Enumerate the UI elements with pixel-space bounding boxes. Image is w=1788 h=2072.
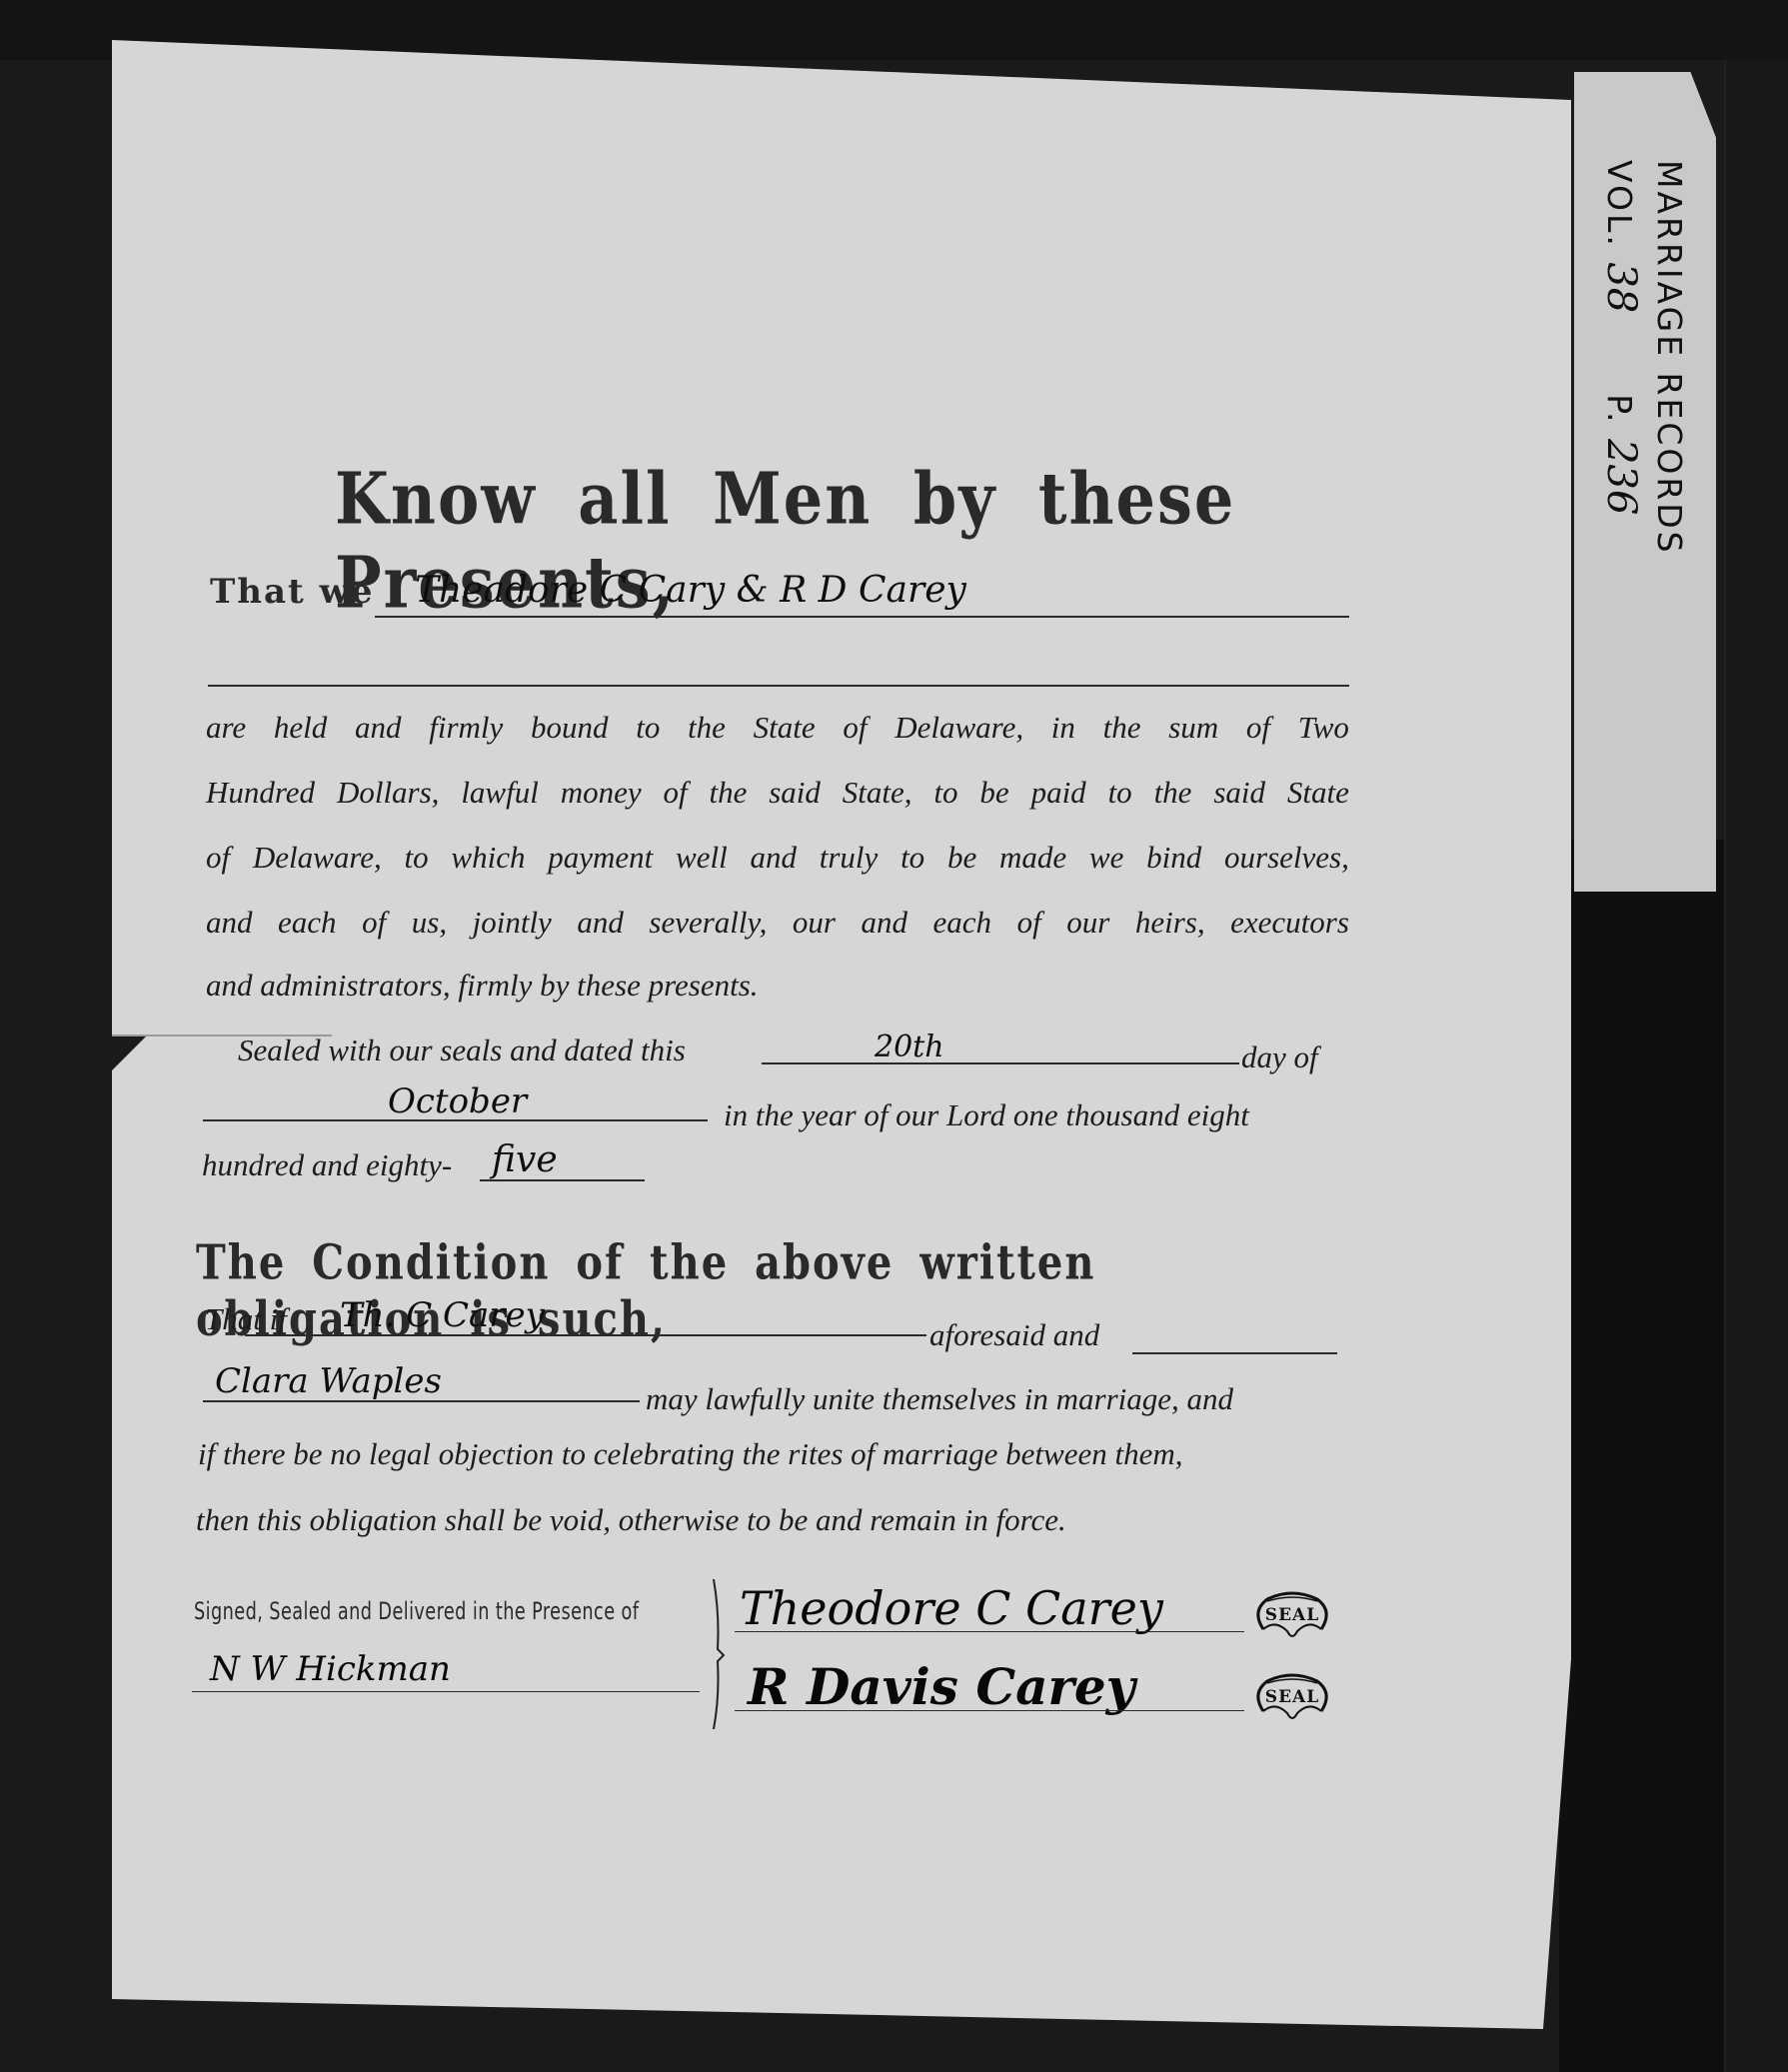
word: truly xyxy=(820,840,879,876)
word: each xyxy=(278,905,337,941)
word: and xyxy=(206,905,253,941)
word: our xyxy=(1066,905,1109,941)
aforesaid-label: aforesaid and xyxy=(929,1317,1099,1353)
word: and xyxy=(577,905,624,941)
word: ourselves, xyxy=(1224,840,1349,876)
word: well xyxy=(676,840,728,876)
bond-line-5: and administrators, firmly by these pres… xyxy=(206,968,759,1004)
word: said xyxy=(769,775,821,811)
sealed-prefix: Sealed with our seals and dated this xyxy=(238,1033,686,1068)
word: of xyxy=(1246,710,1270,746)
word: of xyxy=(1017,905,1041,941)
witness-rule xyxy=(192,1691,700,1692)
word: our xyxy=(793,905,836,941)
word: State xyxy=(754,710,816,746)
word: said xyxy=(1213,775,1265,811)
word: bound xyxy=(531,710,609,746)
word: Delaware, xyxy=(253,840,382,876)
bride-rule-a xyxy=(1132,1352,1337,1354)
word: each xyxy=(933,905,992,941)
word: of xyxy=(843,710,867,746)
seal-label: SEAL xyxy=(1249,1605,1335,1625)
principals-field: Theadore C Cary & R D Carey xyxy=(415,570,966,611)
word: State, xyxy=(843,775,912,811)
word: of xyxy=(362,905,386,941)
seal-label: SEAL xyxy=(1249,1687,1335,1707)
word: Two xyxy=(1298,710,1349,746)
word: held xyxy=(274,710,327,746)
word: be xyxy=(979,775,1008,811)
bond-line-4: andeachofus,jointlyandseverally,ourandea… xyxy=(206,905,1349,941)
word: firmly xyxy=(429,710,503,746)
principal-signature-2: R Davis Carey xyxy=(748,1657,1135,1716)
word: jointly xyxy=(473,905,552,941)
word: and xyxy=(355,710,402,746)
that-we-label: That we xyxy=(210,572,375,612)
word: us, xyxy=(412,905,447,941)
word: bind xyxy=(1146,840,1201,876)
word: Hundred xyxy=(206,775,315,811)
word: the xyxy=(1154,775,1192,811)
word: lawful xyxy=(461,775,539,811)
bride-field: Clara Waples xyxy=(215,1361,442,1401)
word: are xyxy=(206,710,246,746)
word: sum xyxy=(1168,710,1218,746)
word: to xyxy=(405,840,429,876)
word: and xyxy=(750,840,797,876)
word: the xyxy=(709,775,747,811)
unite-text: may lawfully unite themselves in marriag… xyxy=(646,1381,1233,1417)
word: in xyxy=(1051,710,1075,746)
year-prefix: hundred and eighty- xyxy=(202,1147,452,1183)
word: State xyxy=(1287,775,1349,811)
seal-mark-1: SEAL xyxy=(1249,1589,1335,1649)
word: be xyxy=(947,840,976,876)
witness-label: Signed, Sealed and Delivered in the Pres… xyxy=(194,1597,639,1625)
word: to xyxy=(900,840,924,876)
objection-text: if there be no legal objection to celebr… xyxy=(198,1436,1182,1472)
signature-rule-2 xyxy=(735,1710,1244,1711)
bond-line-2: HundredDollars,lawfulmoneyofthesaidState… xyxy=(206,775,1349,811)
word: the xyxy=(1103,710,1141,746)
that-if-label: That if xyxy=(205,1301,287,1337)
word: Delaware, xyxy=(894,710,1023,746)
word: which xyxy=(451,840,525,876)
word: made xyxy=(999,840,1066,876)
void-text: then this obligation shall be void, othe… xyxy=(196,1502,1066,1538)
month-field: October xyxy=(388,1081,527,1121)
word: of xyxy=(206,840,230,876)
year-field: five xyxy=(492,1139,558,1180)
witness-signature: N W Hickman xyxy=(210,1649,451,1689)
word: and xyxy=(861,905,907,941)
word: to xyxy=(933,775,957,811)
day-rule xyxy=(762,1062,1239,1064)
seal-mark-2: SEAL xyxy=(1249,1671,1335,1731)
word: of xyxy=(663,775,687,811)
word: executors xyxy=(1230,905,1349,941)
groom-field: Th. C Carey xyxy=(340,1295,545,1335)
bond-line-3: ofDelaware,towhichpaymentwellandtrulytob… xyxy=(206,840,1349,876)
signature-rule-1 xyxy=(735,1631,1244,1632)
brace-icon xyxy=(708,1579,728,1729)
word: payment xyxy=(548,840,653,876)
word: we xyxy=(1089,840,1123,876)
word: severally, xyxy=(649,905,767,941)
word: the xyxy=(688,710,726,746)
bond-line-1: areheldandfirmlyboundtotheStateofDelawar… xyxy=(206,710,1349,746)
year-text: in the year of our Lord one thousand eig… xyxy=(724,1097,1249,1133)
marriage-bond-content: Know all Men by these Presents, That we … xyxy=(0,0,1788,2072)
principal-signature-1: Theodore C Carey xyxy=(740,1581,1163,1635)
day-of-label: day of xyxy=(1241,1039,1318,1075)
word: to xyxy=(1108,775,1132,811)
word: Dollars, xyxy=(337,775,440,811)
word: money xyxy=(561,775,642,811)
principals-rule xyxy=(375,616,1349,618)
word: heirs, xyxy=(1135,905,1205,941)
word: paid xyxy=(1031,775,1086,811)
principals-rule-2 xyxy=(208,685,1349,687)
word: to xyxy=(636,710,660,746)
day-field: 20th xyxy=(875,1030,944,1064)
